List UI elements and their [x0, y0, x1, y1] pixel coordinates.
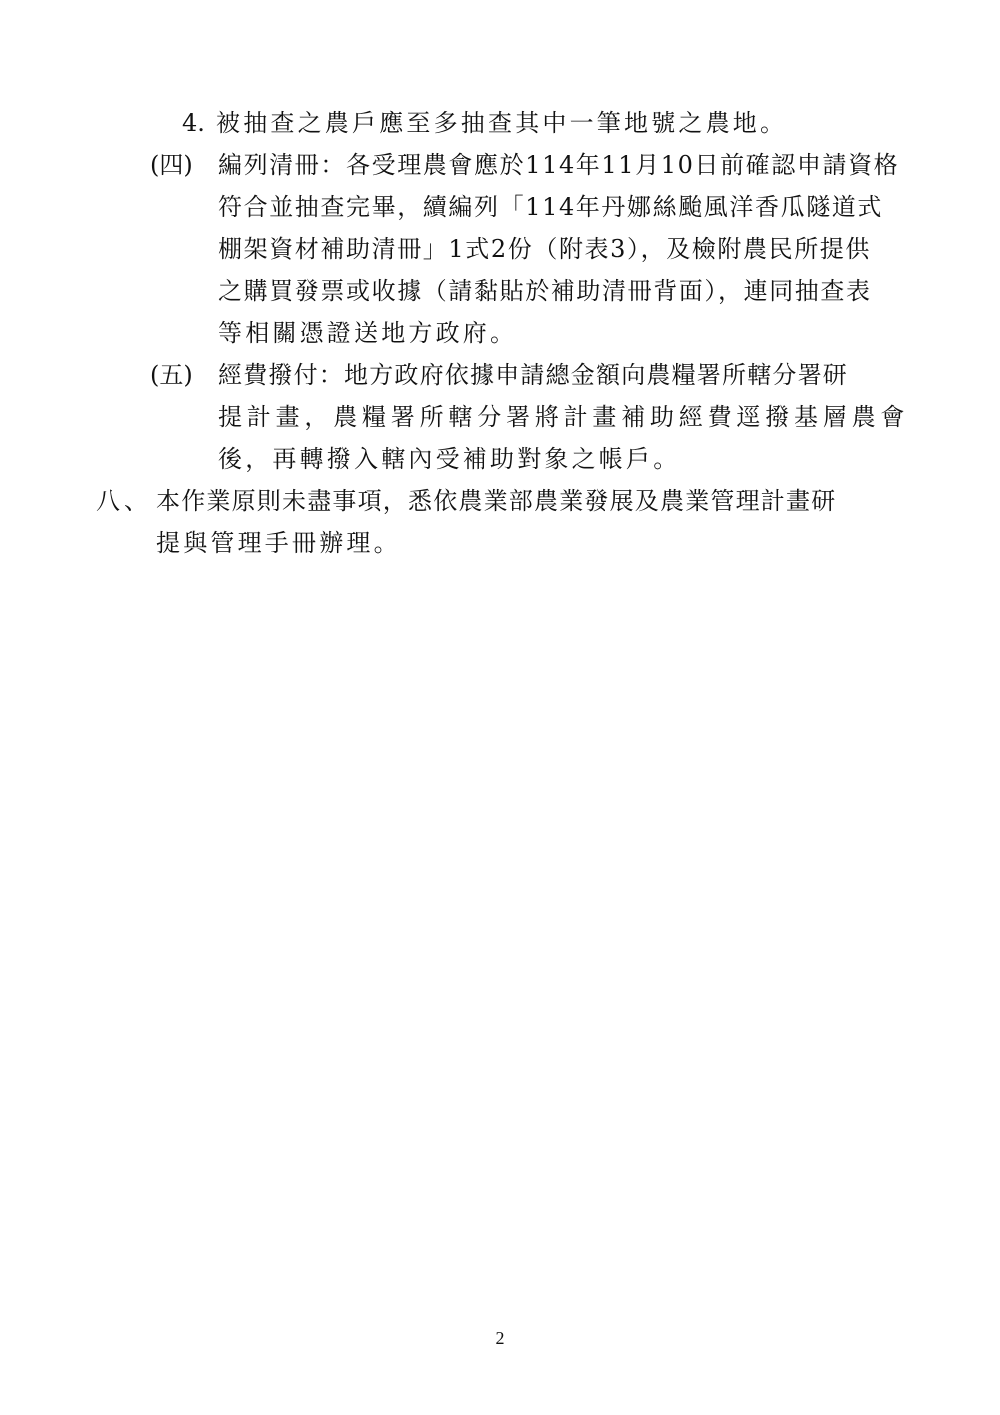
- section-5-line-2: 提計畫，農糧署所轄分署將計畫補助經費逕撥基層農會: [218, 402, 909, 432]
- section-4-line-5: 等相關憑證送地方政府。: [218, 318, 517, 348]
- section-4-line-4: 之購買發票或收據（請黏貼於補助清冊背面），連同抽查表: [218, 276, 872, 306]
- section-8-marker: 八、: [96, 486, 152, 516]
- section-4-marker: (四): [150, 150, 193, 180]
- section-4-line-1: 編列清冊：各受理農會應於114年11月10日前確認申請資格: [218, 150, 899, 180]
- page-number: 2: [0, 1327, 1000, 1349]
- item-4-marker: 4.: [182, 108, 205, 138]
- section-5-marker: (五): [150, 360, 193, 390]
- section-4-line-3: 棚架資材補助清冊」1式2份（附表3），及檢附農民所提供: [218, 234, 871, 264]
- item-4-text: 被抽查之農戶應至多抽查其中一筆地號之農地。: [216, 108, 787, 138]
- section-5-line-3: 後，再轉撥入轄內受補助對象之帳戶。: [218, 444, 680, 474]
- section-8-line-1: 本作業原則未盡事項，悉依農業部農業發展及農業管理計畫研: [156, 486, 836, 516]
- section-5-line-1: 經費撥付：地方政府依據申請總金額向農糧署所轄分署研: [218, 360, 848, 390]
- section-8-line-2: 提與管理手冊辦理。: [156, 528, 401, 558]
- section-4-line-2: 符合並抽查完畢，續編列「114年丹娜絲颱風洋香瓜隧道式: [218, 192, 883, 222]
